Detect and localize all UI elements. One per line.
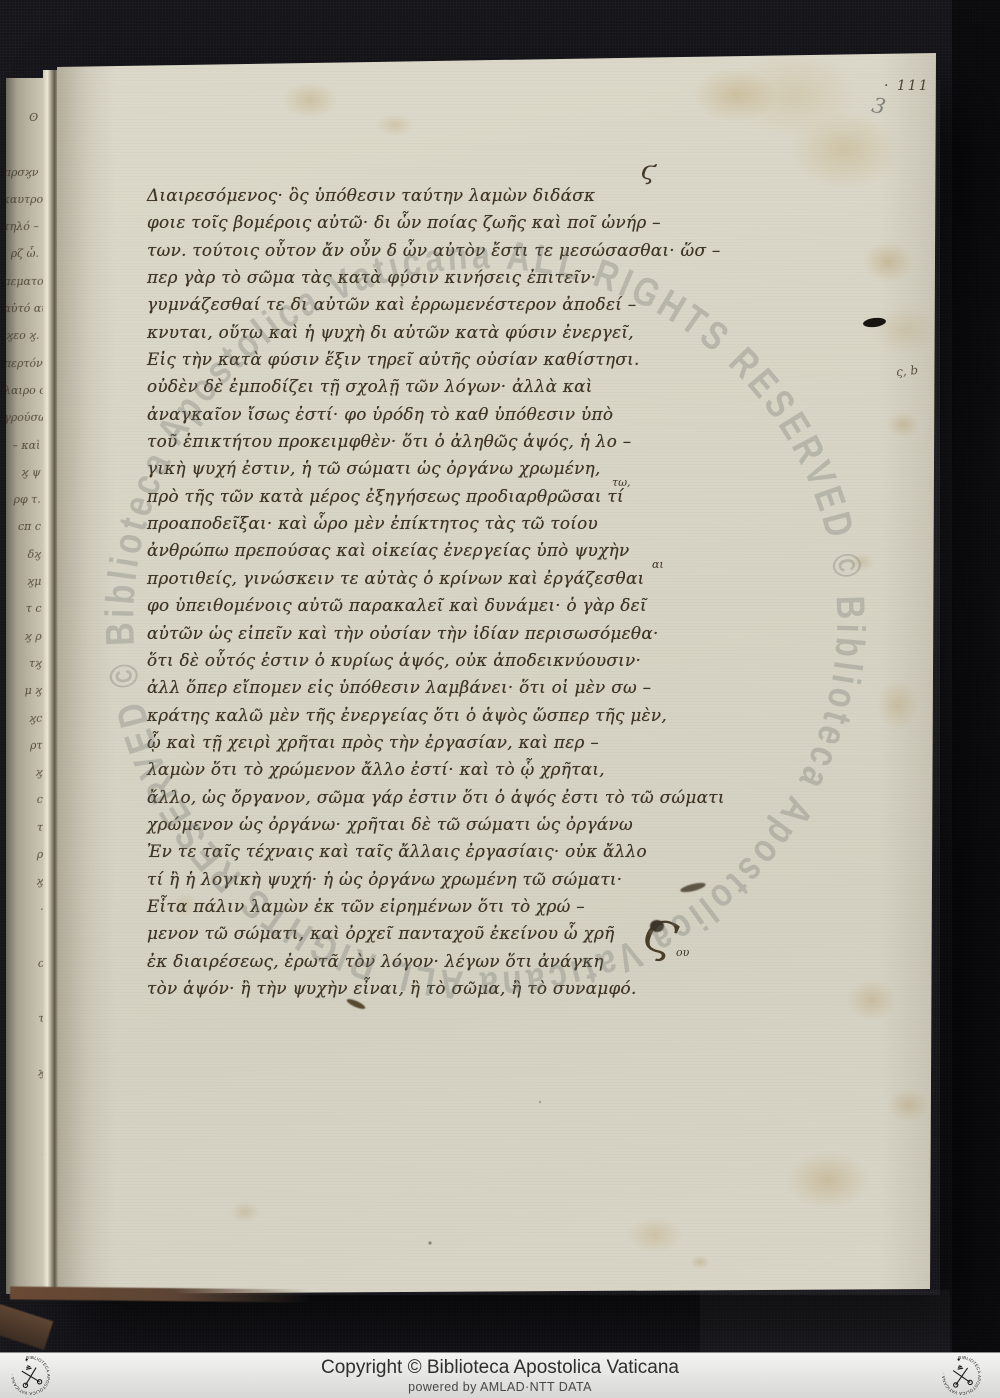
gutter-line-fragment: αὐτό αὐτ (6, 295, 40, 323)
crossed-keys-icon (20, 1367, 42, 1388)
page-edge-stack (43, 70, 58, 1294)
gutter-line-fragment: ϗ (9, 1059, 44, 1087)
gutter-line-fragment: ϗ (7, 868, 43, 896)
gutter-line-fragment: ϲ (7, 786, 43, 814)
gutter-line-fragment: καυτρο ϲ (6, 186, 39, 214)
vatican-library-seal-right: BIBLIOTECA APOSTOLICA VATICANA · (937, 1351, 987, 1398)
fabric-highlight (700, 1290, 950, 1352)
crossed-keys-icon (951, 1368, 973, 1388)
background-fabric-right (952, 0, 1000, 1352)
gutter-line-fragment: ϗϲ (6, 704, 42, 732)
gutter-line-fragment: ϗ (7, 759, 43, 787)
seal-ring-text: BIBLIOTECA APOSTOLICA VATICANA · (5, 1350, 55, 1398)
svg-text:BIBLIOTECA APOSTOLICA VATICANA: BIBLIOTECA APOSTOLICA VATICANA · (938, 1352, 986, 1398)
gutter-line-fragment: · (8, 895, 44, 923)
manuscript-viewer-canvas: ʘ πρσϗνκαυτρο ϲτηλό –ρζ ὧ.πεματο ϲαὐτό α… (0, 0, 1000, 1398)
gutter-line-fragment: ρφ τ. (6, 486, 41, 514)
gutter-line-fragment (10, 1223, 44, 1251)
svg-text:© Biblioteca Apostolica Vatica: © Biblioteca Apostolica Vaticana ALL RIG… (66, 201, 905, 1040)
gutter-line-fragment (9, 1168, 44, 1196)
gutter-line-fragment (10, 1196, 44, 1224)
footer-powered-by-text: powered by AMLAD·NTT DATA (0, 1380, 1000, 1394)
gutter-line-fragment: γρούσω – (6, 404, 40, 432)
gutter-line-fragment: ρ (7, 841, 43, 869)
gutter-line-fragment: περτόν (6, 350, 40, 378)
gutter-line-fragment: · (9, 1141, 44, 1169)
gutter-line-fragment: – καὶ (6, 431, 40, 459)
svg-text:BIBLIOTECA APOSTOLICA VATICANA: BIBLIOTECA APOSTOLICA VATICANA · (5, 1350, 55, 1398)
gutter-line-fragment (8, 923, 44, 951)
gutter-line-fragment: ϲπ ϲ (6, 513, 41, 541)
copyright-watermark-layer: © Biblioteca Apostolica Vaticana ALL RIG… (0, 0, 1000, 1398)
gutter-line-fragment: τηλό – (6, 213, 39, 241)
gutter-line-fragment: μ ϗ (6, 677, 42, 705)
gutter-line-fragment: πρσϗν (6, 158, 39, 186)
gutter-line-fragment: ϗεο ϗ. (6, 322, 40, 350)
gutter-line-fragment (9, 1087, 44, 1115)
gutter-line-fragment (8, 1032, 44, 1060)
gutter-line-fragment (9, 1114, 44, 1142)
gutter-line-fragment: τϗ (6, 650, 42, 678)
gutter-line-fragment: δϗ (6, 541, 41, 569)
gutter-line-fragment: ʘ (6, 104, 38, 132)
gutter-line-fragment: πεματο ϲ (6, 268, 39, 296)
gutter-line-fragment: ϲ (8, 950, 44, 978)
gutter-line-fragment (8, 977, 44, 1005)
gutter-line-fragment: ϗ ψ (6, 459, 41, 487)
watermark-circle: © Biblioteca Apostolica Vaticana ALL RIG… (0, 0, 1000, 1398)
gutter-line-fragment: λαιρο ϲ (6, 377, 40, 405)
gutter-line-fragment: ϗμ (6, 568, 41, 596)
viewer-footer-bar: Copyright © Biblioteca Apostolica Vatica… (0, 1352, 1000, 1398)
gutter-line-fragment: ϗ ρ (6, 623, 42, 651)
gutter-line-fragment: ρτ (6, 732, 42, 760)
book-cover-corner (0, 1304, 53, 1350)
seal-ring-text: BIBLIOTECA APOSTOLICA VATICANA · (938, 1352, 986, 1398)
gutter-line-fragment: τ (8, 1005, 44, 1033)
gutter-line-fragment: τ (7, 814, 43, 842)
previous-folio-gutter: ʘ πρσϗνκαυτρο ϲτηλό –ρζ ὧ.πεματο ϲαὐτό α… (6, 78, 44, 1294)
book-cover-edge (10, 1286, 310, 1302)
gutter-line-fragment: τ ϲ (6, 595, 42, 623)
gutter-line-fragment: ρζ ὧ. (6, 240, 39, 268)
footer-copyright-text: Copyright © Biblioteca Apostolica Vatica… (0, 1357, 1000, 1379)
previous-folio-line-ends: ʘ πρσϗνκαυτρο ϲτηλό –ρζ ὧ.πεματο ϲαὐτό α… (6, 104, 44, 1251)
gutter-line-fragment (6, 131, 38, 159)
watermark-text: © Biblioteca Apostolica Vaticana ALL RIG… (66, 201, 905, 1040)
